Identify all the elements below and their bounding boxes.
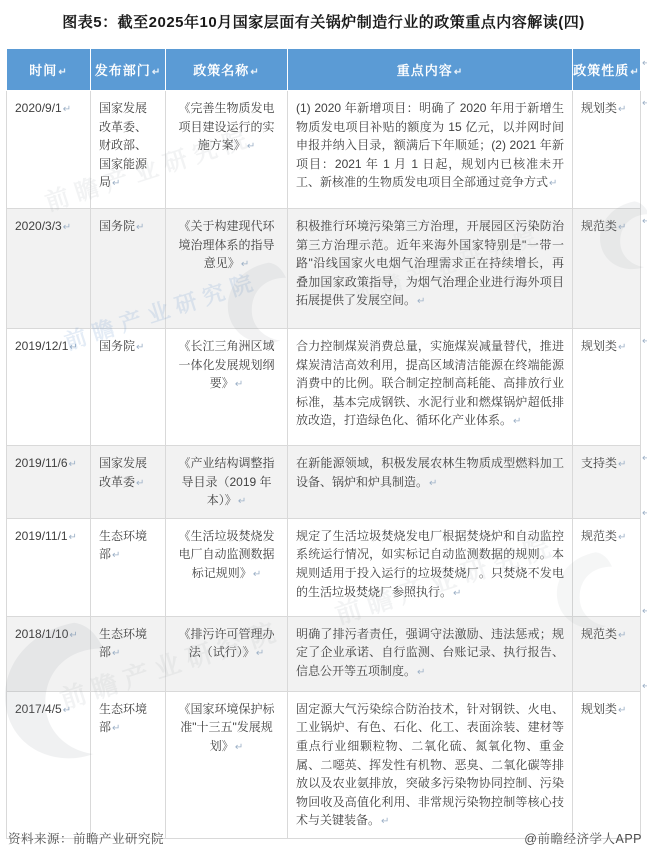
cell-nature: 规划类↵	[573, 329, 641, 446]
cell-time: 2018/1/10↵	[7, 616, 91, 691]
cell-policy: 《长江三角洲区域一体化发展规划纲要》↵	[166, 329, 288, 446]
time-value: 2019/11/6	[15, 456, 68, 470]
content-value: 明确了排污者责任，强调守法激励、违法惩戒；规定了企业承诺、自行监测、台账记录、执…	[296, 627, 564, 678]
header-label: 时间	[29, 63, 57, 78]
return-mark-icon: ↵	[58, 67, 67, 78]
return-mark-icon: ↵	[235, 379, 243, 390]
cell-dept: 国家发展改革委、财政部、国家能源局↵	[91, 91, 166, 209]
cell-content: 固定源大气污染综合防治技术，针对钢铁、火电、工业锅炉、有色、石化、化工、表面涂装…	[288, 691, 573, 838]
return-mark-icon: ↵	[241, 259, 249, 270]
return-mark-icon: ↵	[63, 705, 71, 716]
return-mark-icon: ↵	[618, 104, 626, 115]
policy-value: 《长江三角洲区域一体化发展规划纲要》	[178, 339, 274, 390]
table-row: 2018/1/10↵ 生态环境部↵ 《排污许可管理办法（试行）》↵ 明确了排污者…	[7, 616, 641, 691]
header-nature: 政策性质↵	[573, 49, 641, 91]
source-note: 资料来源：前瞻产业研究院	[8, 829, 164, 847]
cell-time: 2017/4/5↵	[7, 691, 91, 838]
row-end-mark-icon: ↵	[642, 606, 647, 617]
content-value: 固定源大气污染综合防治技术，针对钢铁、火电、工业锅炉、有色、石化、化工、表面涂装…	[296, 702, 564, 828]
report-figure-page: 图表5：截至2025年10月国家层面有关锅炉制造行业的政策重点内容解读(四) 时…	[0, 0, 647, 860]
return-mark-icon: ↵	[69, 630, 77, 641]
content-value: (1) 2020 年新增项目：明确了 2020 年用于新增生物质发电项目补贴的额…	[296, 101, 564, 189]
return-mark-icon: ↵	[381, 816, 389, 827]
return-mark-icon: ↵	[136, 478, 144, 489]
cell-nature: 规范类↵	[573, 616, 641, 691]
return-mark-icon: ↵	[453, 588, 461, 599]
cell-content: 合力控制煤炭消费总量，实施煤炭减量替代，推进煤炭清洁高效利用，提高区域清洁能源在…	[288, 329, 573, 446]
cell-policy: 《产业结构调整指导目录（2019 年本）》↵	[166, 446, 288, 519]
nature-value: 规范类	[581, 627, 617, 641]
nature-value: 规划类	[581, 339, 617, 353]
cell-content: 在新能源领域，积极发展农林生物质成型燃料加工设备、锅炉和炉具制造。↵	[288, 446, 573, 519]
nature-value: 规划类	[581, 702, 617, 716]
policy-value: 《国家环境保护标准"十三五"发展规划》	[178, 702, 274, 753]
return-mark-icon: ↵	[253, 569, 261, 580]
return-mark-icon: ↵	[235, 742, 243, 753]
cell-dept: 生态环境部↵	[91, 518, 166, 616]
return-mark-icon: ↵	[63, 222, 71, 233]
figure-title: 图表5：截至2025年10月国家层面有关锅炉制造行业的政策重点内容解读(四)	[0, 11, 647, 32]
header-content: 重点内容↵	[288, 49, 573, 91]
cell-content: 明确了排污者责任，强调守法激励、违法惩戒；规定了企业承诺、自行监测、台账记录、执…	[288, 616, 573, 691]
row-end-mark-icon: ↵	[642, 98, 647, 109]
cell-dept: 生态环境部↵	[91, 616, 166, 691]
cell-nature: 规划类↵	[573, 91, 641, 209]
return-mark-icon: ↵	[513, 416, 521, 427]
return-mark-icon: ↵	[247, 141, 255, 152]
row-end-mark-icon: ↵	[642, 508, 647, 519]
return-mark-icon: ↵	[69, 459, 77, 470]
dept-value: 国务院	[99, 219, 135, 233]
cell-policy: 《国家环境保护标准"十三五"发展规划》↵	[166, 691, 288, 838]
cell-policy: 《关于构建现代环境治理体系的指导意见》↵	[166, 209, 288, 329]
return-mark-icon: ↵	[112, 178, 120, 189]
cell-dept: 国务院↵	[91, 209, 166, 329]
return-mark-icon: ↵	[618, 532, 626, 543]
header-dept: 发布部门↵	[91, 49, 166, 91]
policy-table: 时间↵ 发布部门↵ 政策名称↵ 重点内容↵ 政策性质↵ 2020/9/1↵ 国家…	[6, 48, 641, 839]
time-value: 2019/11/1	[15, 529, 68, 543]
policy-value: 《产业结构调整指导目录（2019 年本）》	[178, 456, 274, 507]
table-row: 2019/11/6↵ 国家发展改革委↵ 《产业结构调整指导目录（2019 年本）…	[7, 446, 641, 519]
return-mark-icon: ↵	[152, 67, 161, 78]
dept-value: 生态环境部	[99, 529, 147, 562]
cell-time: 2020/3/3↵	[7, 209, 91, 329]
time-value: 2017/4/5	[15, 702, 62, 716]
header-label: 重点内容	[397, 63, 453, 78]
return-mark-icon: ↵	[112, 723, 120, 734]
nature-value: 规范类	[581, 529, 617, 543]
header-policy: 政策名称↵	[166, 49, 288, 91]
cell-policy: 《生活垃圾焚烧发电厂自动监测数据标记规则》↵	[166, 518, 288, 616]
cell-time: 2019/11/1↵	[7, 518, 91, 616]
return-mark-icon: ↵	[549, 178, 557, 189]
cell-time: 2020/9/1↵	[7, 91, 91, 209]
cell-dept: 国家发展改革委↵	[91, 446, 166, 519]
return-mark-icon: ↵	[618, 222, 626, 233]
return-mark-icon: ↵	[69, 342, 77, 353]
policy-value: 《完善生物质发电项目建设运行的实施方案》	[178, 101, 274, 152]
cell-policy: 《排污许可管理办法（试行）》↵	[166, 616, 288, 691]
header-label: 政策名称	[193, 63, 249, 78]
table-row: 2017/4/5↵ 生态环境部↵ 《国家环境保护标准"十三五"发展规划》↵ 固定…	[7, 691, 641, 838]
dept-value: 生态环境部	[99, 702, 147, 735]
return-mark-icon: ↵	[69, 532, 77, 543]
content-value: 积极推行环境污染第三方治理，开展园区污染防治第三方治理示范。近年来海外国家特别是…	[296, 219, 564, 307]
header-label: 发布部门	[95, 63, 151, 78]
cell-time: 2019/11/6↵	[7, 446, 91, 519]
nature-value: 支持类	[581, 456, 617, 470]
row-end-mark-icon: ↵	[642, 336, 647, 347]
content-value: 规定了生活垃圾焚烧发电厂根据焚烧炉和自动监控系统运行情况，如实标记自动监测数据的…	[296, 529, 564, 599]
return-mark-icon: ↵	[136, 342, 144, 353]
content-value: 合力控制煤炭消费总量，实施煤炭减量替代，推进煤炭清洁高效利用，提高区域清洁能源在…	[296, 339, 564, 427]
row-end-mark-icon: ↵	[642, 453, 647, 464]
cell-content: (1) 2020 年新增项目：明确了 2020 年用于新增生物质发电项目补贴的额…	[288, 91, 573, 209]
cell-nature: 规范类↵	[573, 518, 641, 616]
table-row: 2020/3/3↵ 国务院↵ 《关于构建现代环境治理体系的指导意见》↵ 积极推行…	[7, 209, 641, 329]
return-mark-icon: ↵	[618, 630, 626, 641]
nature-value: 规划类	[581, 101, 617, 115]
cell-policy: 《完善生物质发电项目建设运行的实施方案》↵	[166, 91, 288, 209]
return-mark-icon: ↵	[454, 67, 463, 78]
time-value: 2020/9/1	[15, 101, 62, 115]
return-mark-icon: ↵	[618, 705, 626, 716]
header-time: 时间↵	[7, 49, 91, 91]
dept-value: 生态环境部	[99, 627, 147, 660]
table-row: 2019/11/1↵ 生态环境部↵ 《生活垃圾焚烧发电厂自动监测数据标记规则》↵…	[7, 518, 641, 616]
row-end-mark-icon: ↵	[642, 681, 647, 692]
header-label: 政策性质	[573, 63, 629, 78]
dept-value: 国家发展改革委、财政部、国家能源局	[99, 101, 147, 189]
table-header-row: 时间↵ 发布部门↵ 政策名称↵ 重点内容↵ 政策性质↵	[7, 49, 641, 91]
return-mark-icon: ↵	[112, 550, 120, 561]
dept-value: 国务院	[99, 339, 135, 353]
credit-note: @前瞻经济学人APP	[524, 829, 642, 847]
time-value: 2019/12/1	[15, 339, 68, 353]
cell-content: 规定了生活垃圾焚烧发电厂根据焚烧炉和自动监控系统运行情况，如实标记自动监测数据的…	[288, 518, 573, 616]
table-row: 2020/9/1↵ 国家发展改革委、财政部、国家能源局↵ 《完善生物质发电项目建…	[7, 91, 641, 209]
time-value: 2018/1/10	[15, 627, 68, 641]
return-mark-icon: ↵	[630, 67, 639, 78]
return-mark-icon: ↵	[429, 478, 437, 489]
return-mark-icon: ↵	[250, 67, 259, 78]
return-mark-icon: ↵	[417, 667, 425, 678]
return-mark-icon: ↵	[256, 648, 264, 659]
nature-value: 规范类	[581, 219, 617, 233]
return-mark-icon: ↵	[63, 104, 71, 115]
return-mark-icon: ↵	[136, 222, 144, 233]
time-value: 2020/3/3	[15, 219, 62, 233]
policy-value: 《关于构建现代环境治理体系的指导意见》	[178, 219, 274, 270]
return-mark-icon: ↵	[618, 459, 626, 470]
table-row: 2019/12/1↵ 国务院↵ 《长江三角洲区域一体化发展规划纲要》↵ 合力控制…	[7, 329, 641, 446]
cell-content: 积极推行环境污染第三方治理，开展园区污染防治第三方治理示范。近年来海外国家特别是…	[288, 209, 573, 329]
return-mark-icon: ↵	[618, 342, 626, 353]
row-end-mark-icon: ↵	[642, 216, 647, 227]
return-mark-icon: ↵	[238, 496, 246, 507]
row-end-mark-icon: ↵	[642, 58, 647, 69]
cell-nature: 规范类↵	[573, 209, 641, 329]
cell-dept: 国务院↵	[91, 329, 166, 446]
return-mark-icon: ↵	[417, 296, 425, 307]
cell-time: 2019/12/1↵	[7, 329, 91, 446]
cell-dept: 生态环境部↵	[91, 691, 166, 838]
return-mark-icon: ↵	[112, 648, 120, 659]
cell-nature: 规划类↵	[573, 691, 641, 838]
cell-nature: 支持类↵	[573, 446, 641, 519]
